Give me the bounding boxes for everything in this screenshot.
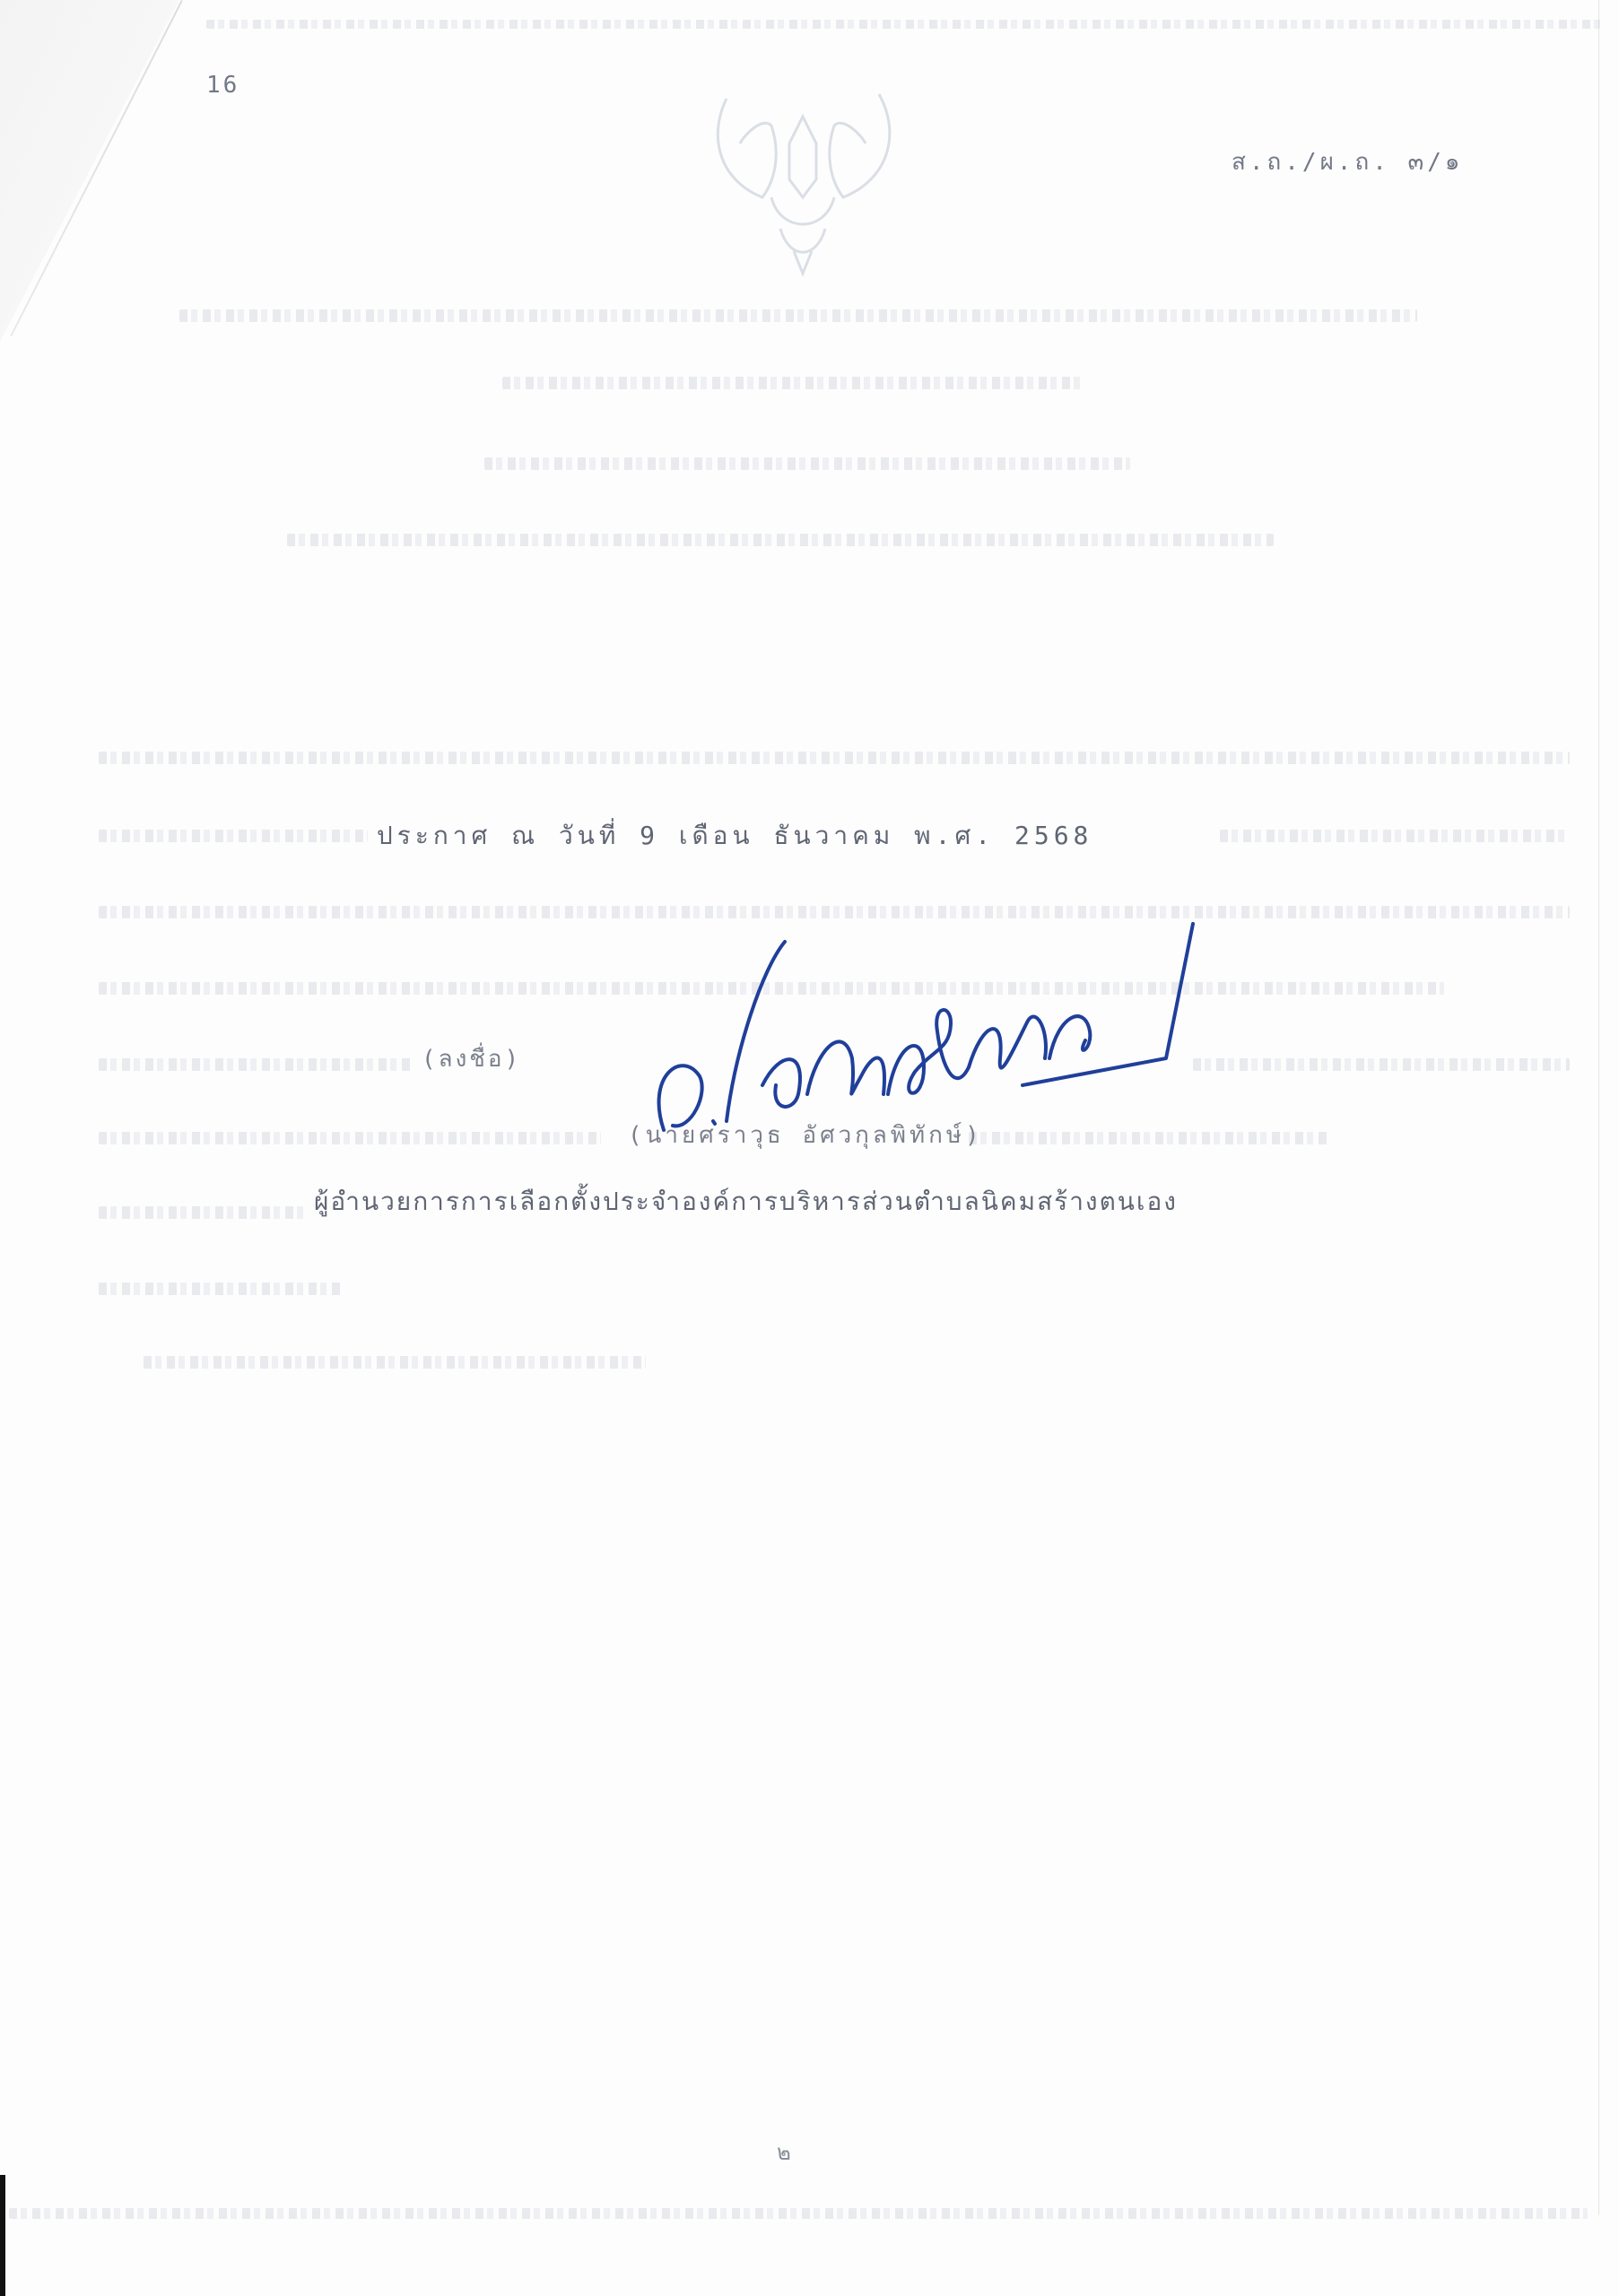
ghost-body-line bbox=[99, 1206, 305, 1219]
document-reference-number: ส.ถ./ผ.ถ. ๓/๑ bbox=[1232, 143, 1463, 180]
ghost-body-line bbox=[99, 1132, 601, 1144]
ghost-body-line bbox=[1220, 830, 1570, 842]
ghost-body-line bbox=[99, 752, 1570, 764]
page-ref-left: 16 bbox=[206, 72, 239, 99]
ghost-title-line bbox=[502, 377, 1085, 389]
scan-edge-line bbox=[1598, 0, 1599, 2215]
ghost-body-line bbox=[99, 1058, 413, 1071]
signer-name: (นายศราวุธ อัศวกุลพิทักษ์) bbox=[628, 1117, 983, 1153]
scan-edge-bar bbox=[0, 2175, 5, 2296]
ghost-body-line bbox=[99, 830, 368, 842]
scanned-page: 16 ส.ถ./ผ.ถ. ๓/๑ ประกาศ ณ วันที่ 9 เดือน… bbox=[0, 0, 1619, 2296]
garuda-emblem-icon bbox=[691, 81, 915, 278]
folded-corner-shade bbox=[0, 0, 179, 341]
ghost-footer-line bbox=[9, 2208, 1588, 2219]
ghost-title-line bbox=[179, 309, 1417, 322]
signer-title: ผู้อำนวยการการเลือกตั้งประจำองค์การบริหา… bbox=[314, 1182, 1178, 1222]
handwritten-signature bbox=[628, 915, 1202, 1148]
ghost-body-line bbox=[99, 1283, 341, 1295]
page-number: ๒ bbox=[777, 2135, 795, 2170]
announcement-date: ประกาศ ณ วันที่ 9 เดือน ธันวาคม พ.ศ. 256… bbox=[377, 816, 1092, 856]
ghost-title-line bbox=[287, 534, 1274, 546]
ghost-body-line bbox=[144, 1356, 646, 1369]
ghost-body-line bbox=[1193, 1058, 1570, 1071]
signature-label: (ลงชื่อ) bbox=[422, 1040, 521, 1077]
ghost-header-line bbox=[206, 20, 1606, 29]
ghost-title-line bbox=[484, 457, 1130, 470]
